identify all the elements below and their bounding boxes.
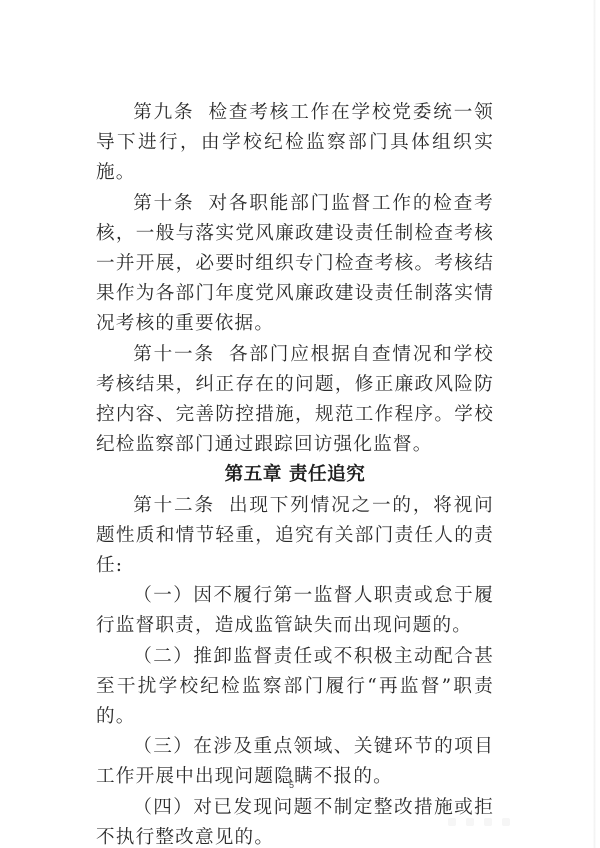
list-item-4: （四）对已发现问题不制定整改措施或拒不执行整改意见的。 — [96, 793, 494, 848]
article-label: 第十条 — [133, 193, 194, 214]
item-label: （三） — [133, 736, 193, 757]
document-body: 第九条检查考核工作在学校党委统一领导下进行，由学校纪检监察部门具体组织实施。 第… — [96, 98, 494, 848]
page-edge-shadow — [593, 0, 596, 848]
article-9: 第九条检查考核工作在学校党委统一领导下进行，由学校纪检监察部门具体组织实施。 — [96, 98, 494, 189]
list-item-3: （三）在涉及重点领域、关键环节的项目工作开展中出现问题隐瞒不报的。 — [96, 732, 494, 792]
page-number: 5 — [289, 780, 294, 790]
article-12: 第十二条出现下列情况之一的，将视问题性质和情节轻重，追究有关部门责任人的责任: — [96, 491, 494, 582]
watermark-icon — [448, 818, 510, 826]
list-item-2: （二）推卸监督责任或不积极主动配合甚至干扰学校纪检监察部门履行“再监督”职责的。 — [96, 642, 494, 733]
list-item-1: （一）因不履行第一监督人职责或怠于履行监督职责，造成监管缺失而出现问题的。 — [96, 581, 494, 641]
chapter-heading: 第五章 责任追究 — [96, 460, 494, 490]
article-label: 第九条 — [133, 102, 194, 123]
document-page: 第九条检查考核工作在学校党委统一领导下进行，由学校纪检监察部门具体组织实施。 第… — [0, 0, 600, 848]
article-label: 第十一条 — [133, 344, 215, 365]
article-11: 第十一条各部门应根据自查情况和学校考核结果，纠正存在的问题，修正廉政风险防控内容… — [96, 340, 494, 461]
item-label: （二） — [133, 646, 193, 667]
article-label: 第十二条 — [133, 495, 215, 516]
item-label: （四） — [133, 797, 193, 818]
item-label: （一） — [133, 585, 193, 606]
article-10: 第十条对各职能部门监督工作的检查考核，一般与落实党风廉政建设责任制检查考核一并开… — [96, 189, 494, 340]
